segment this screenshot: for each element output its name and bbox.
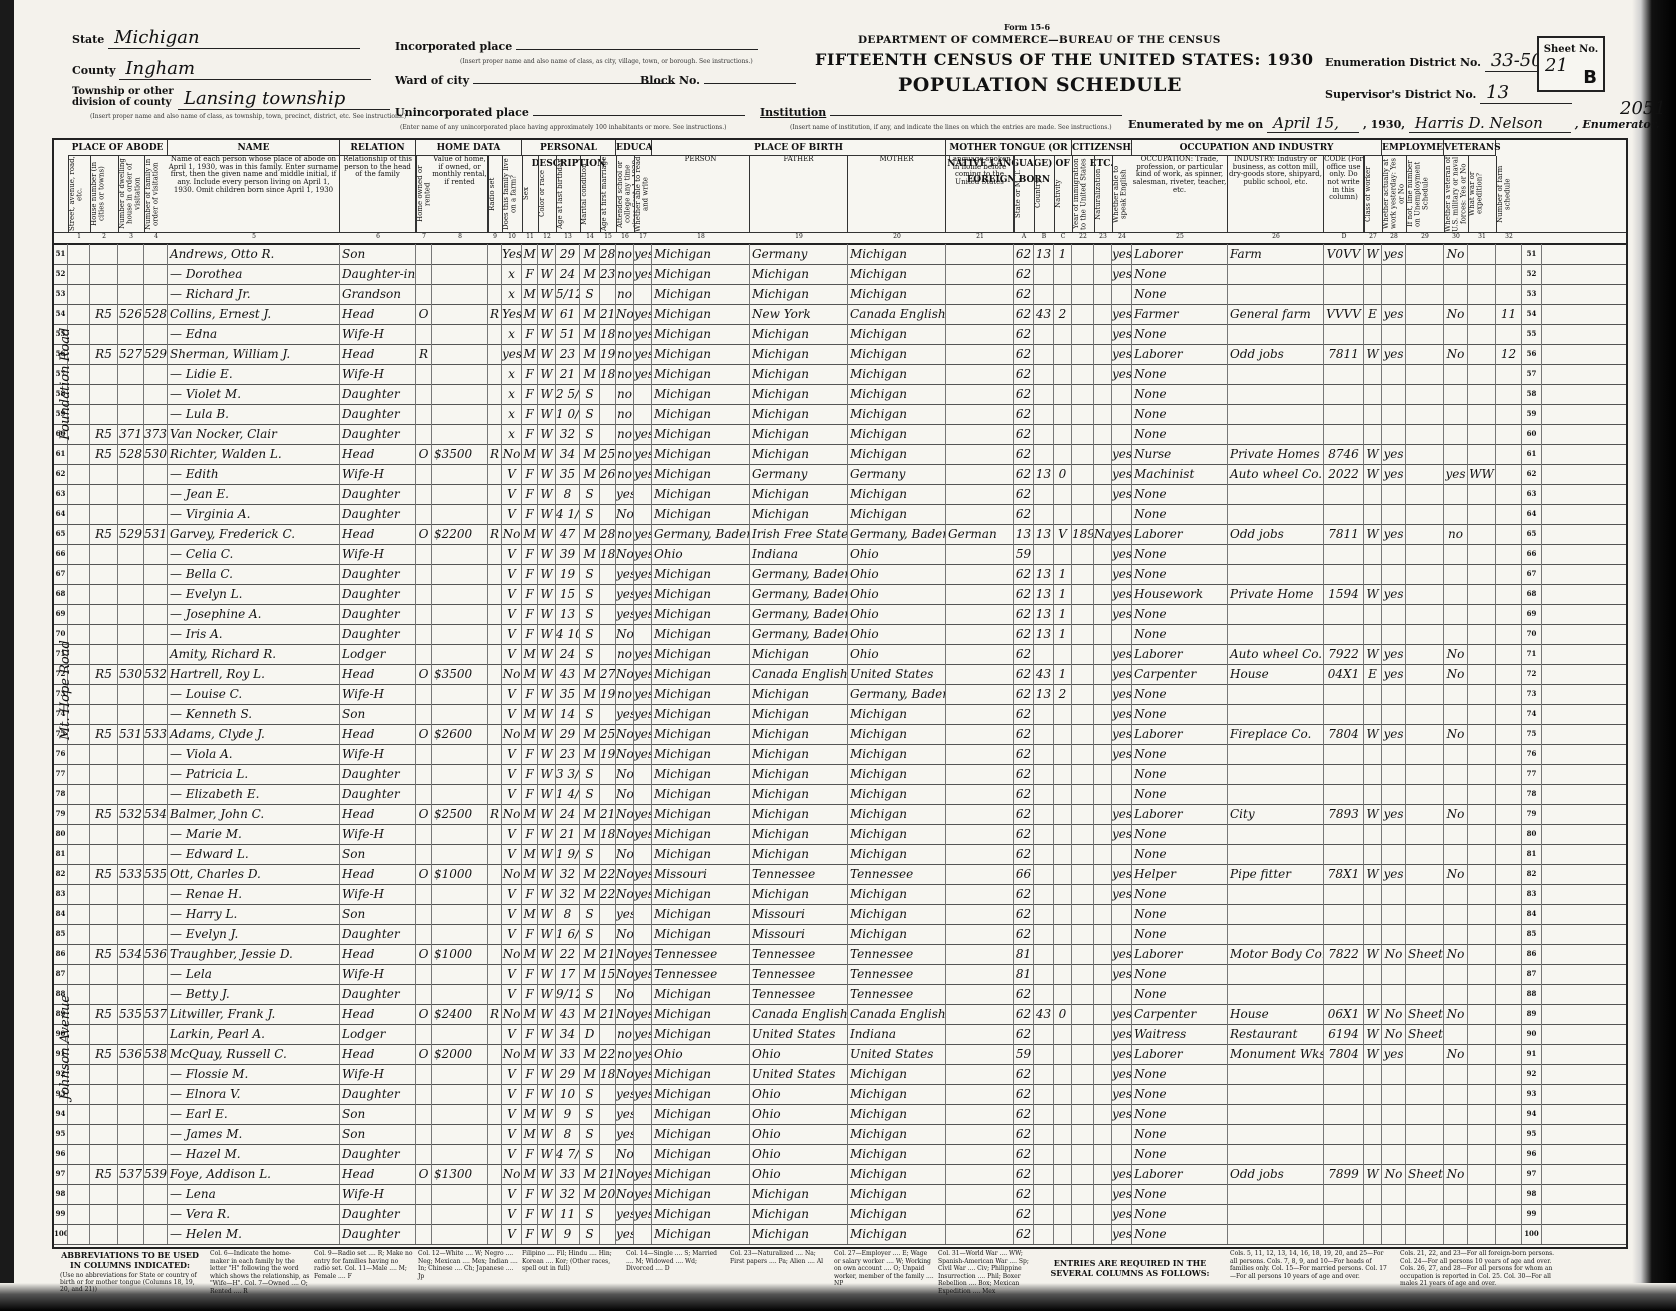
farm-cell: No xyxy=(502,444,522,464)
class-cell xyxy=(1364,824,1382,844)
value-cell xyxy=(432,624,488,644)
code-b-cell xyxy=(1034,1024,1054,1044)
school-cell: No xyxy=(616,1064,634,1084)
code-d-cell xyxy=(1324,1184,1364,1204)
class-cell: W xyxy=(1364,864,1382,884)
birth-father-cell: Tennessee xyxy=(750,984,848,1004)
line-cell: 86 xyxy=(54,944,68,964)
code-a-cell: 62 xyxy=(1014,624,1034,644)
column-number-a: A xyxy=(1014,233,1034,240)
class-cell xyxy=(1364,1124,1382,1144)
farm-sched-cell xyxy=(1496,364,1522,384)
street-cell xyxy=(68,1104,90,1124)
industry-cell xyxy=(1228,604,1324,624)
farm-sched-cell xyxy=(1496,684,1522,704)
age-marr-cell: 18 xyxy=(600,324,616,344)
marital-cell: M xyxy=(580,524,600,544)
industry-cell xyxy=(1228,784,1324,804)
industry-cell: Auto wheel Co. xyxy=(1228,464,1324,484)
natur-cell xyxy=(1094,1164,1112,1184)
class-cell xyxy=(1364,624,1382,644)
industry-cell: House xyxy=(1228,664,1324,684)
line-right-cell: 52 xyxy=(1522,264,1542,284)
house-cell xyxy=(90,764,118,784)
sex-cell: F xyxy=(522,564,538,584)
age-cell: 39 xyxy=(556,544,580,564)
age-marr-cell: 21 xyxy=(600,1004,616,1024)
natur-cell xyxy=(1094,984,1112,1004)
birth-person-cell: Tennessee xyxy=(652,964,750,984)
natur-cell xyxy=(1094,804,1112,824)
line-right-cell: 94 xyxy=(1522,1104,1542,1124)
immig-cell: 1892 xyxy=(1072,524,1094,544)
column-number-28: 28 xyxy=(1382,233,1406,240)
occupation-cell: Carpenter xyxy=(1132,664,1228,684)
code-a-cell: 81 xyxy=(1014,944,1034,964)
veteran-cell xyxy=(1444,384,1468,404)
school-cell: No xyxy=(616,944,634,964)
natur-cell xyxy=(1094,944,1112,964)
code-c-cell: 1 xyxy=(1054,664,1072,684)
code-b-cell xyxy=(1034,424,1054,444)
age-marr-cell xyxy=(600,584,616,604)
code-c-cell xyxy=(1054,1124,1072,1144)
code-b-cell: 13 xyxy=(1034,684,1054,704)
own-cell xyxy=(416,564,432,584)
sex-cell: F xyxy=(522,884,538,904)
read-cell: yes xyxy=(634,464,652,484)
unemp-cell: Sheet 2 L. 54 xyxy=(1406,944,1444,964)
birth-person-cell: Missouri xyxy=(652,864,750,884)
at-work-cell xyxy=(1382,484,1406,504)
school-cell: no xyxy=(616,364,634,384)
unemp-cell xyxy=(1406,1204,1444,1224)
dwelling-cell xyxy=(118,1024,144,1044)
code-b-cell xyxy=(1034,1064,1054,1084)
family-cell xyxy=(144,824,168,844)
unemp-cell: Sheet 2 L. 55 xyxy=(1406,1004,1444,1024)
read-cell: yes xyxy=(634,724,652,744)
code-a-cell: 62 xyxy=(1014,744,1034,764)
own-cell xyxy=(416,1104,432,1124)
farm-cell: x xyxy=(502,284,522,304)
table-row: 92— Flossie M.Wife-HVFW29M18NoyesMichiga… xyxy=(54,1064,1626,1085)
immig-cell xyxy=(1072,864,1094,884)
marital-cell: M xyxy=(580,464,600,484)
war-cell xyxy=(1468,384,1496,404)
lang-cell xyxy=(946,844,1014,864)
code-b-cell: 13 xyxy=(1034,604,1054,624)
line-right-cell: 71 xyxy=(1522,644,1542,664)
dwelling-cell xyxy=(118,1104,144,1124)
birth-father-cell: Michigan xyxy=(750,724,848,744)
age-cell: 32 xyxy=(556,864,580,884)
own-cell: O xyxy=(416,524,432,544)
war-cell xyxy=(1468,604,1496,624)
code-b-cell xyxy=(1034,904,1054,924)
birth-mother-cell: Germany, Baden xyxy=(848,524,946,544)
school-cell: No xyxy=(616,1004,634,1024)
at-work-cell xyxy=(1382,1104,1406,1124)
unemp-cell xyxy=(1406,484,1444,504)
name-cell: Richter, Walden L. xyxy=(168,444,340,464)
name-cell: — Kenneth S. xyxy=(168,704,340,724)
immig-cell xyxy=(1072,464,1094,484)
relation-cell: Daughter xyxy=(340,1144,416,1164)
read-cell: yes xyxy=(634,744,652,764)
code-d-cell xyxy=(1324,924,1364,944)
birth-mother-cell: Ohio xyxy=(848,544,946,564)
war-cell xyxy=(1468,1064,1496,1084)
veteran-cell: No xyxy=(1444,664,1468,684)
birth-father-cell: Ohio xyxy=(750,1144,848,1164)
table-row: 94— Earl E.SonVMW9SyesMichiganOhioMichig… xyxy=(54,1104,1626,1125)
age-marr-cell xyxy=(600,784,616,804)
birth-person-cell: Michigan xyxy=(652,684,750,704)
age-cell: 35 xyxy=(556,684,580,704)
code-a-cell: 62 xyxy=(1014,644,1034,664)
column-group-place-of-birth: PLACE OF BIRTH xyxy=(652,140,946,156)
occupation-cell: None xyxy=(1132,984,1228,1004)
lang-cell xyxy=(946,464,1014,484)
relation-cell: Wife-H xyxy=(340,1064,416,1084)
code-d-cell xyxy=(1324,964,1364,984)
english-cell xyxy=(1112,404,1132,424)
table-row: 68— Evelyn L.DaughterVFW15SyesyesMichiga… xyxy=(54,584,1626,605)
code-c-cell xyxy=(1054,1064,1072,1084)
at-work-cell: yes xyxy=(1382,804,1406,824)
veteran-cell: No xyxy=(1444,724,1468,744)
at-work-cell xyxy=(1382,504,1406,524)
lang-cell xyxy=(946,804,1014,824)
unemp-cell xyxy=(1406,1064,1444,1084)
radio-cell xyxy=(488,1044,502,1064)
line-right-cell: 60 xyxy=(1522,424,1542,444)
birth-mother-cell: Tennessee xyxy=(848,984,946,1004)
birth-mother-cell: Michigan xyxy=(848,784,946,804)
value-cell xyxy=(432,304,488,324)
relation-cell: Head xyxy=(340,444,416,464)
race-cell: W xyxy=(538,364,556,384)
street-cell xyxy=(68,944,90,964)
line-cell: 78 xyxy=(54,784,68,804)
code-d-cell: 78X1 xyxy=(1324,864,1364,884)
code-a-cell: 62 xyxy=(1014,984,1034,1004)
birth-person-cell: Michigan xyxy=(652,784,750,804)
unemp-cell xyxy=(1406,964,1444,984)
natur-cell xyxy=(1094,884,1112,904)
column-header-31: What war or expedition? xyxy=(1468,156,1496,232)
birth-person-cell: Tennessee xyxy=(652,944,750,964)
race-cell: W xyxy=(538,764,556,784)
street-cell xyxy=(68,484,90,504)
school-cell: No xyxy=(616,864,634,884)
occupation-cell: Housework xyxy=(1132,584,1228,604)
name-cell: — James M. xyxy=(168,1124,340,1144)
age-cell: 22 xyxy=(556,944,580,964)
dwelling-cell: 529 xyxy=(118,524,144,544)
at-work-cell: yes xyxy=(1382,724,1406,744)
read-cell xyxy=(634,624,652,644)
age-cell: 29 xyxy=(556,724,580,744)
name-cell: — Earl E. xyxy=(168,1104,340,1124)
natur-cell xyxy=(1094,844,1112,864)
class-cell xyxy=(1364,544,1382,564)
line-cell: 83 xyxy=(54,884,68,904)
immig-cell xyxy=(1072,484,1094,504)
dwelling-cell xyxy=(118,364,144,384)
lang-cell xyxy=(946,1064,1014,1084)
class-cell xyxy=(1364,1064,1382,1084)
marital-cell: M xyxy=(580,1184,600,1204)
natur-cell xyxy=(1094,344,1112,364)
relation-cell: Son xyxy=(340,704,416,724)
birth-person-cell: Michigan xyxy=(652,1104,750,1124)
sex-cell: F xyxy=(522,1224,538,1244)
birth-mother-cell: Michigan xyxy=(848,1184,946,1204)
enumeration-district-label: Enumeration District No. xyxy=(1325,56,1481,69)
age-marr-cell: 18 xyxy=(600,824,616,844)
line-right-cell: 63 xyxy=(1522,484,1542,504)
farm-sched-cell xyxy=(1496,804,1522,824)
street-cell xyxy=(68,1124,90,1144)
occupation-cell: Machinist xyxy=(1132,464,1228,484)
line-cell: 81 xyxy=(54,844,68,864)
radio-cell xyxy=(488,624,502,644)
family-cell xyxy=(144,1224,168,1244)
occupation-cell: None xyxy=(1132,924,1228,944)
birth-father-cell: Michigan xyxy=(750,284,848,304)
marital-cell: S xyxy=(580,764,600,784)
birth-father-cell: Canada English xyxy=(750,1004,848,1024)
line-cell: 85 xyxy=(54,924,68,944)
dwelling-cell xyxy=(118,484,144,504)
birth-mother-cell: Michigan xyxy=(848,1144,946,1164)
war-cell xyxy=(1468,764,1496,784)
code-c-cell: 1 xyxy=(1054,584,1072,604)
natur-cell xyxy=(1094,1004,1112,1024)
own-cell xyxy=(416,384,432,404)
unemp-cell xyxy=(1406,1044,1444,1064)
farm-sched-cell xyxy=(1496,1144,1522,1164)
occupation-cell: Laborer xyxy=(1132,724,1228,744)
class-cell xyxy=(1364,704,1382,724)
war-cell: WW xyxy=(1468,464,1496,484)
house-cell xyxy=(90,1184,118,1204)
birth-mother-cell: Tennessee xyxy=(848,964,946,984)
own-cell xyxy=(416,624,432,644)
birth-person-cell: Michigan xyxy=(652,624,750,644)
code-c-cell xyxy=(1054,344,1072,364)
code-c-cell: 2 xyxy=(1054,684,1072,704)
code-d-cell xyxy=(1324,704,1364,724)
name-cell: — Edna xyxy=(168,324,340,344)
sex-cell: F xyxy=(522,1144,538,1164)
house-cell xyxy=(90,1124,118,1144)
birth-father-cell: Ohio xyxy=(750,1104,848,1124)
farm-cell: V xyxy=(502,544,522,564)
race-cell: W xyxy=(538,1224,556,1244)
farm-cell: V xyxy=(502,1224,522,1244)
war-cell xyxy=(1468,924,1496,944)
race-cell: W xyxy=(538,964,556,984)
english-cell: yes xyxy=(1112,664,1132,684)
value-cell: $3500 xyxy=(432,664,488,684)
ward-label: Ward of city xyxy=(395,74,469,87)
industry-cell xyxy=(1228,984,1324,1004)
house-cell: R5 xyxy=(90,444,118,464)
abbreviation-block: Col. 9—Radio set .... R; Make no entry f… xyxy=(314,1250,414,1280)
column-number-23: 23 xyxy=(1094,233,1112,240)
english-cell: yes xyxy=(1112,964,1132,984)
street-cell xyxy=(68,1164,90,1184)
birth-mother-cell: Michigan xyxy=(848,444,946,464)
line-right-cell: 93 xyxy=(1522,1084,1542,1104)
class-cell xyxy=(1364,604,1382,624)
family-cell xyxy=(144,784,168,804)
code-b-cell xyxy=(1034,504,1054,524)
column-header-23: Naturalization xyxy=(1094,156,1112,232)
radio-cell xyxy=(488,904,502,924)
line-cell: 94 xyxy=(54,1104,68,1124)
code-d-cell xyxy=(1324,1084,1364,1104)
line-cell: 80 xyxy=(54,824,68,844)
own-cell xyxy=(416,644,432,664)
street-label-1: Foundation Road xyxy=(58,328,73,440)
birth-father-cell: United States xyxy=(750,1064,848,1084)
veteran-cell xyxy=(1444,624,1468,644)
code-a-cell: 62 xyxy=(1014,924,1034,944)
english-cell: yes xyxy=(1112,944,1132,964)
name-cell: — Dorothea xyxy=(168,264,340,284)
race-cell: W xyxy=(538,624,556,644)
natur-cell xyxy=(1094,484,1112,504)
column-group-personal-description: PERSONAL DESCRIPTION xyxy=(522,140,616,156)
unemp-cell xyxy=(1406,704,1444,724)
code-b-cell xyxy=(1034,764,1054,784)
occupation-cell: None xyxy=(1132,1224,1228,1244)
line-right-cell: 66 xyxy=(1522,544,1542,564)
school-cell: no xyxy=(616,684,634,704)
immig-cell xyxy=(1072,1224,1094,1244)
column-header-9: Radio set xyxy=(488,156,502,232)
table-row: 80— Marie M.Wife-HVFW21M18NoyesMichiganM… xyxy=(54,824,1626,845)
value-cell xyxy=(432,844,488,864)
immig-cell xyxy=(1072,764,1094,784)
class-cell: W xyxy=(1364,944,1382,964)
read-cell: yes xyxy=(634,324,652,344)
age-cell: 8 xyxy=(556,904,580,924)
relation-cell: Daughter xyxy=(340,404,416,424)
table-row: 78— Elizabeth E.DaughterVFW1 4/12SNoMich… xyxy=(54,784,1626,805)
occupation-cell: Laborer xyxy=(1132,344,1228,364)
immig-cell xyxy=(1072,284,1094,304)
house-cell: R5 xyxy=(90,864,118,884)
relation-cell: Daughter xyxy=(340,624,416,644)
family-cell xyxy=(144,1104,168,1124)
relation-cell: Head xyxy=(340,524,416,544)
code-b-cell xyxy=(1034,984,1054,1004)
line-right-cell: 83 xyxy=(1522,884,1542,904)
english-cell xyxy=(1112,504,1132,524)
sex-cell: F xyxy=(522,984,538,1004)
farm-cell: No xyxy=(502,1004,522,1024)
name-cell: — Elnora V. xyxy=(168,1084,340,1104)
birth-person-cell: Michigan xyxy=(652,824,750,844)
lang-cell xyxy=(946,1164,1014,1184)
industry-cell xyxy=(1228,824,1324,844)
relation-cell: Daughter-in-law xyxy=(340,264,416,284)
sex-cell: F xyxy=(522,544,538,564)
house-cell: R5 xyxy=(90,424,118,444)
school-cell: no xyxy=(616,424,634,444)
birth-father-cell: Michigan xyxy=(750,404,848,424)
table-row: 65R5529531Garvey, Frederick C.HeadO$2200… xyxy=(54,524,1626,545)
industry-cell xyxy=(1228,1224,1324,1244)
english-cell xyxy=(1112,764,1132,784)
birth-mother-cell: Michigan xyxy=(848,1204,946,1224)
race-cell: W xyxy=(538,1064,556,1084)
farm-sched-cell xyxy=(1496,1204,1522,1224)
sex-cell: F xyxy=(522,264,538,284)
table-row: 70— Iris A.DaughterVFW4 10/12SNoMichigan… xyxy=(54,624,1626,645)
own-cell xyxy=(416,244,432,264)
farm-sched-cell xyxy=(1496,1064,1522,1084)
immig-cell xyxy=(1072,944,1094,964)
radio-cell xyxy=(488,984,502,1004)
name-cell: Collins, Ernest J. xyxy=(168,304,340,324)
english-cell: yes xyxy=(1112,704,1132,724)
age-marr-cell: 22 xyxy=(600,1044,616,1064)
name-cell: — Patricia L. xyxy=(168,764,340,784)
birth-father-cell: Michigan xyxy=(750,824,848,844)
farm-cell: V xyxy=(502,564,522,584)
natur-cell xyxy=(1094,364,1112,384)
dwelling-cell xyxy=(118,624,144,644)
farm-cell: Yes xyxy=(502,244,522,264)
name-cell: — Bella C. xyxy=(168,564,340,584)
english-cell: yes xyxy=(1112,464,1132,484)
relation-cell: Daughter xyxy=(340,604,416,624)
at-work-cell xyxy=(1382,984,1406,1004)
line-right-cell: 81 xyxy=(1522,844,1542,864)
street-cell xyxy=(68,284,90,304)
school-cell: no xyxy=(616,324,634,344)
english-cell: yes xyxy=(1112,604,1132,624)
code-b-cell xyxy=(1034,484,1054,504)
radio-cell xyxy=(488,264,502,284)
family-cell xyxy=(144,964,168,984)
birth-mother-cell: Michigan xyxy=(848,704,946,724)
birth-person-cell: Michigan xyxy=(652,564,750,584)
english-cell xyxy=(1112,984,1132,1004)
radio-cell xyxy=(488,664,502,684)
code-d-cell xyxy=(1324,1144,1364,1164)
table-row: 76— Viola A.Wife-HVFW23M19NoyesMichiganM… xyxy=(54,744,1626,765)
war-cell xyxy=(1468,824,1496,844)
radio-cell xyxy=(488,464,502,484)
veteran-cell: No xyxy=(1444,1004,1468,1024)
relation-cell: Head xyxy=(340,344,416,364)
at-work-cell: yes xyxy=(1382,444,1406,464)
english-cell: yes xyxy=(1112,244,1132,264)
line-cell: 52 xyxy=(54,264,68,284)
age-cell: 51 xyxy=(556,324,580,344)
table-row: 63— Jean E.DaughterVFW8SyesMichiganMichi… xyxy=(54,484,1626,505)
veteran-cell xyxy=(1444,484,1468,504)
class-cell xyxy=(1364,784,1382,804)
dwelling-cell xyxy=(118,1224,144,1244)
